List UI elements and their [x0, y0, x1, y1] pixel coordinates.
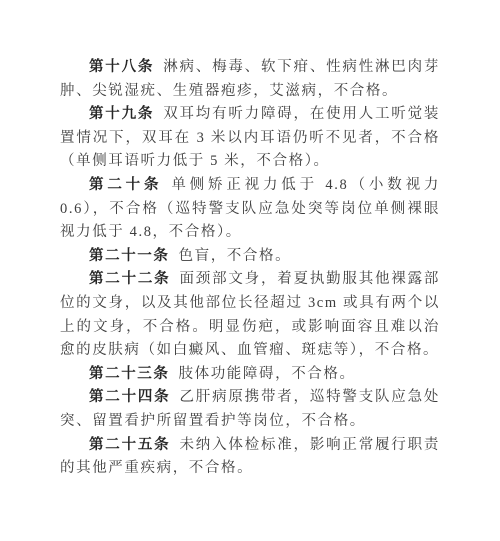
article-24: 第二十四条乙肝病原携带者，巡特警支队应急处突、留置看护所留置看护等岗位，不合格。	[60, 386, 440, 433]
article-22: 第二十二条面颈部文身，着夏执勤服其他裸露部位的文身，以及其他部位长径超过 3cm…	[60, 268, 440, 362]
article-25-number: 第二十五条	[89, 437, 170, 453]
article-23-number: 第二十三条	[89, 366, 170, 382]
article-18: 第十八条淋病、梅毒、软下疳、性病性淋巴肉芽肿、尖锐湿疣、生殖器疱疹，艾滋病，不合…	[60, 56, 440, 103]
article-19: 第十九条双耳均有听力障碍，在使用人工听觉装置情况下，双耳在 3 米以内耳语仍听不…	[60, 103, 440, 174]
article-23: 第二十三条肢体功能障碍，不合格。	[60, 363, 440, 387]
article-22-number: 第二十二条	[89, 271, 170, 287]
article-24-number: 第二十四条	[89, 389, 170, 405]
document-page: 第十八条淋病、梅毒、软下疳、性病性淋巴肉芽肿、尖锐湿疣、生殖器疱疹，艾滋病，不合…	[0, 0, 500, 541]
article-20: 第二十条单侧矫正视力低于 4.8（小数视力 0.6），不合格（巡特警支队应急处突…	[60, 174, 440, 245]
article-21-number: 第二十一条	[89, 248, 170, 264]
article-18-number: 第十八条	[89, 59, 154, 75]
article-21-text: 色盲，不合格。	[179, 248, 292, 264]
article-20-number: 第二十条	[89, 177, 162, 193]
article-25: 第二十五条未纳入体检标准，影响正常履行职责的其他严重疾病，不合格。	[60, 434, 440, 481]
article-19-number: 第十九条	[89, 106, 154, 122]
article-21: 第二十一条色盲，不合格。	[60, 245, 440, 269]
document-body: 第十八条淋病、梅毒、软下疳、性病性淋巴肉芽肿、尖锐湿疣、生殖器疱疹，艾滋病，不合…	[60, 56, 440, 481]
article-23-text: 肢体功能障碍，不合格。	[179, 366, 356, 382]
